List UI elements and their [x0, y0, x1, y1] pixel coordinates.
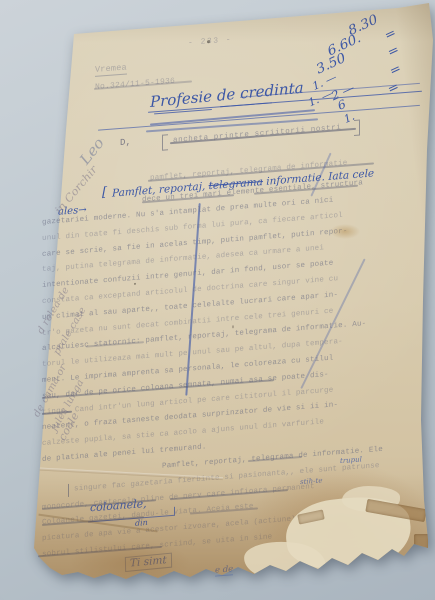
equals-mark: = [386, 79, 402, 97]
paper-speck [207, 40, 210, 43]
handwritten-e-de: e de [215, 564, 233, 576]
paper-speck [232, 325, 234, 328]
ink-line [98, 105, 420, 131]
photo-of-manuscript: - 233 - Vremea No.324/11-5-1936 Profesie… [0, 0, 435, 600]
page-content: - 233 - Vremea No.324/11-5-1936 Profesie… [42, 11, 422, 585]
superscript-note: trupul [340, 455, 362, 465]
pencil-note: Leo [76, 135, 108, 168]
handwritten-ti-simt: Ti simt [125, 553, 172, 572]
page-number: - 233 - [188, 35, 232, 47]
bracket-open [162, 134, 168, 150]
ink-bracket: [ [102, 185, 107, 200]
equals-mark: = [388, 61, 404, 79]
paper-speck [134, 283, 136, 285]
masthead: Vremea [95, 62, 127, 76]
equals-mark: = [383, 26, 399, 44]
superscript-note: stih-te [300, 476, 322, 486]
section-label: D, [120, 137, 131, 148]
equals-mark: = [386, 42, 402, 60]
